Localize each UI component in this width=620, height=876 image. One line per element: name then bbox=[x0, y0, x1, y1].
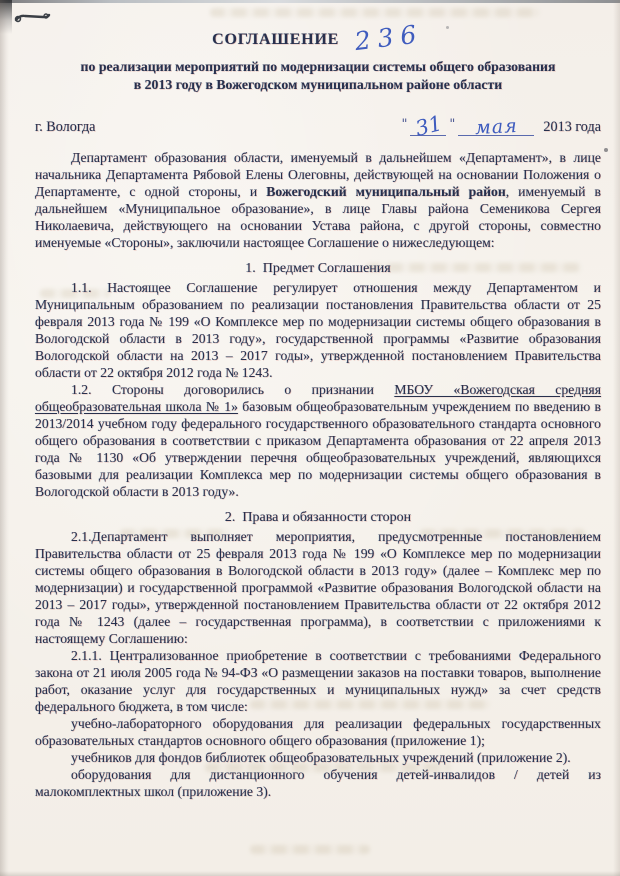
section-2-heading: 2. Права и обязанности сторон bbox=[35, 509, 601, 527]
place-date-row: г. Вологда " 31 " мая 2013 года bbox=[35, 114, 601, 136]
day-blank-underline: 31 bbox=[410, 114, 446, 136]
handwritten-day: 31 bbox=[413, 113, 444, 140]
scan-edge-right bbox=[613, 0, 620, 876]
paragraph-2-1: 2.1.Департамент выполняет мероприятия, п… bbox=[35, 528, 601, 647]
list-item-equipment: учебно-лабораторного оборудования для ре… bbox=[35, 715, 601, 749]
scan-edge-bottom bbox=[0, 871, 620, 876]
paragraph-1-2-text-1: 1.2. Стороны договорились о признании bbox=[71, 382, 394, 397]
year-label: 2013 года bbox=[543, 119, 601, 136]
paragraph-1-1: 1.1. Настоящее Соглашение регулирует отн… bbox=[35, 279, 601, 381]
section-1-heading: 1. Предмет Соглашения bbox=[35, 260, 601, 278]
scan-edge-left bbox=[0, 0, 9, 876]
document-subtitle-line1: по реализации мероприятий по модернизаци… bbox=[35, 58, 601, 76]
list-item-textbooks: учебников для фондов библиотек общеобраз… bbox=[35, 749, 601, 766]
title-row: СОГЛАШЕНИЕ 236 bbox=[35, 26, 601, 55]
list-item-distance-learning: оборудования для дистанционного обучения… bbox=[35, 766, 601, 800]
preamble-bold-party-name: Вожегодский муниципальный район bbox=[266, 184, 506, 199]
open-quote-mark: " bbox=[401, 117, 407, 132]
handwritten-document-number: 236 bbox=[353, 19, 425, 56]
document-subtitle-line2: в 2013 году в Вожегодском муниципальном … bbox=[35, 76, 601, 94]
close-quote-mark: " bbox=[449, 117, 455, 132]
scan-speck bbox=[604, 148, 608, 152]
paragraph-1-2: 1.2. Стороны договорились о признании МБ… bbox=[35, 381, 601, 500]
scanned-document-page: СОГЛАШЕНИЕ 236 по реализации мероприятий… bbox=[0, 0, 620, 876]
paragraph-2-1-1: 2.1.1. Централизованное приобретение в с… bbox=[35, 647, 601, 715]
scan-edge-top bbox=[0, 0, 620, 3]
document-title: СОГЛАШЕНИЕ bbox=[212, 31, 339, 48]
handwritten-month: мая bbox=[475, 117, 519, 138]
date-line: " 31 " мая 2013 года bbox=[401, 114, 601, 136]
month-blank-underline: мая bbox=[458, 116, 534, 136]
paragraph-1-2-text-2: базовым общеобразовательным учреждением … bbox=[35, 399, 601, 499]
document-content: СОГЛАШЕНИЕ 236 по реализации мероприятий… bbox=[35, 26, 601, 800]
bleedthrough-artifact bbox=[250, 845, 370, 854]
place-label: г. Вологда bbox=[35, 119, 95, 136]
preamble-paragraph: Департамент образования области, именуем… bbox=[35, 149, 601, 251]
bleedthrough-artifact bbox=[210, 8, 540, 17]
